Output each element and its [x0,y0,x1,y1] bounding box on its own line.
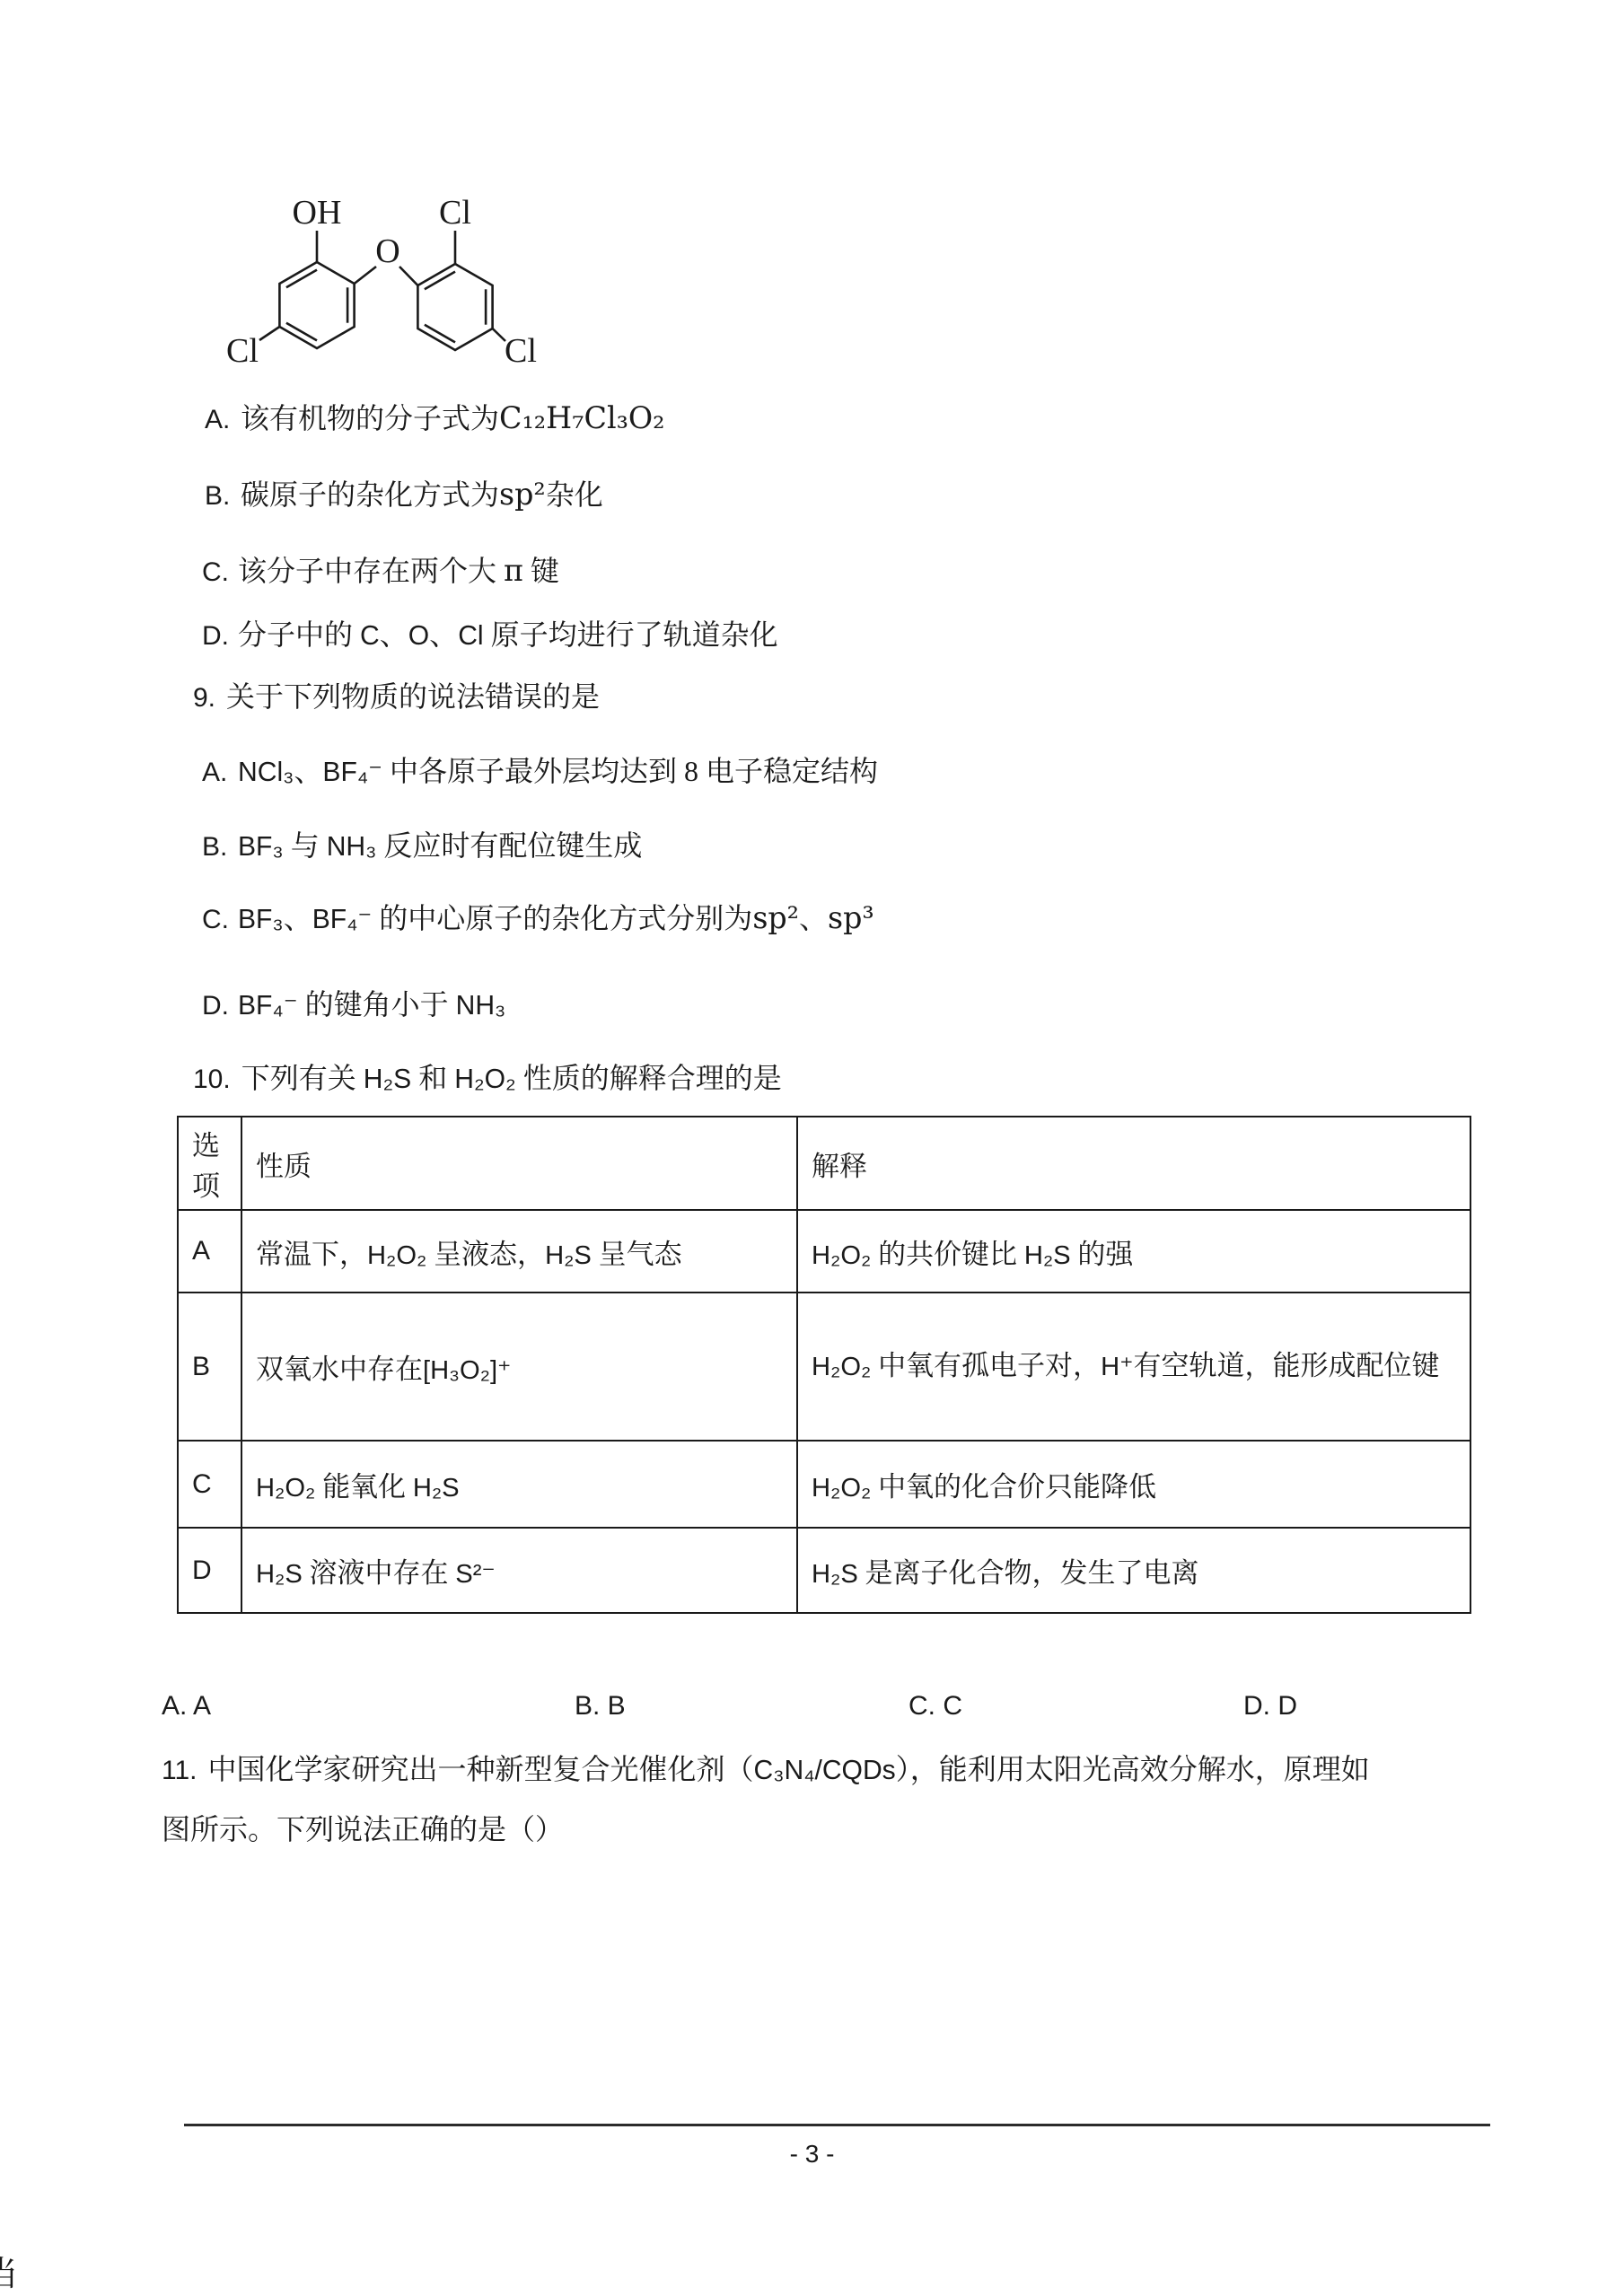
bond-to-ether-left [355,267,376,284]
cell-option: A [178,1210,241,1293]
bond-cl-bottom-right [493,329,505,341]
question-text: 关于下列物质的说法错误的是 [226,680,600,713]
option-text: 该有机物的分子式为C₁₂H₇Cl₃O₂ [241,402,665,434]
label-cl-bottom-left: Cl [226,332,259,370]
table-row: D H₂S 溶液中存在 S²⁻ H₂S 是离子化合物，发生了电离 [178,1528,1470,1613]
cell-explanation: H₂O₂ 中氧有孤电子对，H⁺有空轨道，能形成配位键 [797,1293,1470,1441]
table-header-row: 选项 性质 解释 [178,1117,1470,1210]
q10-answer-choices: A. A B. B C. C D. D [162,1691,1526,1732]
option-label: A. [205,399,241,441]
bond-to-ether-right [399,267,417,285]
table-row: B 双氧水中存在[H₃O₂]⁺ H₂O₂ 中氧有孤电子对，H⁺有空轨道，能形成配… [178,1293,1470,1441]
option-text: BF₃ 与 NH₃ 反应时有配位键生成 [238,829,642,862]
q8-option-b: B.碳原子的杂化方式为sp²杂化 [205,474,603,517]
option-text: BF₄⁻ 的键角小于 NH₃ [238,988,505,1021]
q9-option-c: C.BF₃、BF₄⁻ 的中心原子的杂化方式分别为sp²、sp³ [202,898,874,941]
q9-option-b: B.BF₃ 与 NH₃ 反应时有配位键生成 [202,825,642,868]
header-property: 性质 [241,1117,797,1210]
cell-explanation: H₂O₂ 的共价键比 H₂S 的强 [797,1210,1470,1293]
q8-option-a: A.该有机物的分子式为C₁₂H₇Cl₃O₂ [205,398,665,441]
q11-stem-line2: 图所示。下列说法正确的是（） [162,1809,564,1850]
option-label: A. [202,752,238,793]
question-number: 11. [162,1750,197,1792]
answer-choice-c: C. C [909,1691,962,1722]
cell-property: 常温下，H₂O₂ 呈液态，H₂S 呈气态 [241,1210,797,1293]
exam-document-page: OH O Cl Cl Cl A.该有机物的分子式为C₁₂H₇Cl₃O₂ B.碳原… [0,0,1624,2296]
q10-stem: 10.下列有关 H₂S 和 H₂O₂ 性质的解释合理的是 [193,1057,782,1100]
page-number: - 3 - [0,2140,1624,2169]
q11-stem-line1: 11.中国化学家研究出一种新型复合光催化剂（C₃N₄/CQDs），能利用太阳光高… [162,1748,1370,1792]
question-text: 中国化学家研究出一种新型复合光催化剂（C₃N₄/CQDs），能利用太阳光高效分解… [207,1753,1369,1785]
header-explanation: 解释 [797,1117,1470,1210]
benzene-ring-right [417,264,492,350]
q9-stem: 9.关于下列物质的说法错误的是 [193,676,600,719]
table-row: C H₂O₂ 能氧化 H₂S H₂O₂ 中氧的化合价只能降低 [178,1441,1470,1528]
q10-table: 选项 性质 解释 A 常温下，H₂O₂ 呈液态，H₂S 呈气态 H₂O₂ 的共价… [177,1116,1471,1614]
q9-option-a: A.NCl₃、BF₄⁻ 中各原子最外层均达到 8 电子稳定结构 [202,750,878,793]
cell-explanation: H₂S 是离子化合物，发生了电离 [797,1528,1470,1613]
cell-explanation: H₂O₂ 中氧的化合价只能降低 [797,1441,1470,1528]
answer-choice-a: A. A [162,1691,211,1722]
question-number: 9. [193,678,215,719]
option-label: B. [205,476,241,517]
cell-option: B [178,1293,241,1441]
question-number: 10. [193,1059,231,1100]
q9-option-d: D.BF₄⁻ 的键角小于 NH₃ [202,984,505,1027]
bond-cl-bottom-left [259,327,279,340]
option-label: C. [202,899,238,941]
answer-choice-d: D. D [1243,1691,1297,1722]
footer-divider [184,2124,1490,2126]
benzene-ring-left [279,262,354,348]
table-row: A 常温下，H₂O₂ 呈液态，H₂S 呈气态 H₂O₂ 的共价键比 H₂S 的强 [178,1210,1470,1293]
edge-scan-artifact: 当 [0,2246,18,2295]
question-text: 下列有关 H₂S 和 H₂O₂ 性质的解释合理的是 [241,1062,782,1094]
label-cl-bottom-right: Cl [505,332,537,370]
molecule-structure-diagram: OH O Cl Cl Cl [215,184,610,395]
option-text: BF₃、BF₄⁻ 的中心原子的杂化方式分别为sp²、sp³ [238,902,874,934]
option-text: 该分子中存在两个大 π 键 [238,555,559,587]
cell-property: 双氧水中存在[H₃O₂]⁺ [241,1293,797,1441]
cell-option: D [178,1528,241,1613]
cell-property: H₂S 溶液中存在 S²⁻ [241,1528,797,1613]
cell-option: C [178,1441,241,1528]
answer-choice-b: B. B [575,1691,626,1722]
option-text: 碳原子的杂化方式为sp²杂化 [241,478,603,511]
option-label: D. [202,986,238,1027]
option-text: NCl₃、BF₄⁻ 中各原子最外层均达到 8 电子稳定结构 [238,755,878,787]
label-oh: OH [293,194,342,232]
q8-option-d: D.分子中的 C、O、Cl 原子均进行了轨道杂化 [202,614,778,657]
option-label: D. [202,616,238,657]
cell-property: H₂O₂ 能氧化 H₂S [241,1441,797,1528]
label-cl-top: Cl [439,194,471,232]
option-label: B. [202,827,238,868]
q8-option-c: C.该分子中存在两个大 π 键 [202,550,559,593]
option-text: 分子中的 C、O、Cl 原子均进行了轨道杂化 [238,618,778,651]
header-option: 选项 [178,1117,241,1210]
option-label: C. [202,552,238,593]
label-ether-o: O [375,232,399,270]
question-text: 图所示。下列说法正确的是（） [162,1813,564,1845]
